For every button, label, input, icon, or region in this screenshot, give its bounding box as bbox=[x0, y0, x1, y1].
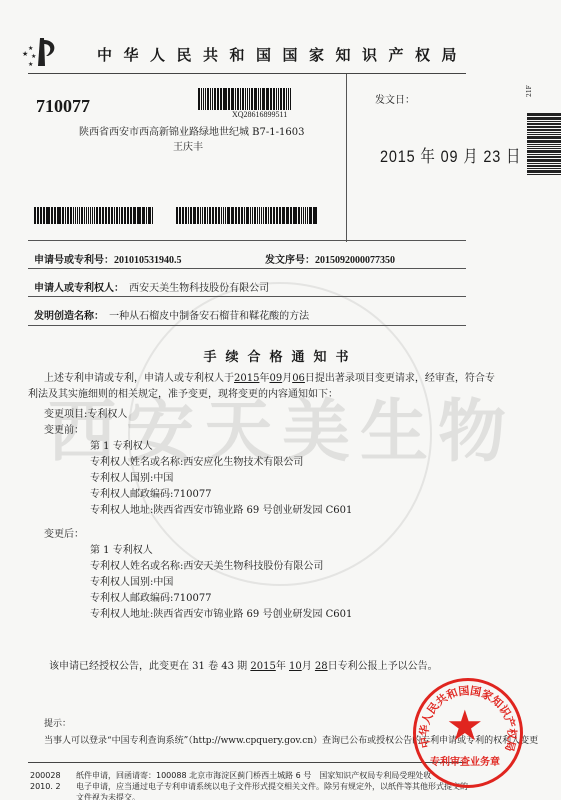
before-postcode: 专利权人邮政编码:710077 bbox=[90, 485, 212, 500]
form-codes: 200028 2010. 2 bbox=[30, 770, 61, 792]
applicant-field: 申请人或专利权人： 西安天美生物科技股份有限公司 bbox=[34, 276, 269, 295]
footer-divider bbox=[28, 762, 466, 763]
announcement: 该申请已经授权公告，此变更在 31 卷 43 期 2015年 10月 28日专利… bbox=[49, 657, 438, 672]
announce-year-unit: 年 bbox=[276, 661, 286, 672]
before-label: 变更前： bbox=[44, 421, 84, 436]
before-country: 专利权人国别:中国 bbox=[90, 469, 173, 484]
announce-prefix: 该申请已经授权公告，此变更在 31 卷 43 期 bbox=[49, 661, 247, 672]
header-vertical-divider bbox=[346, 74, 347, 242]
announce-day: 28 bbox=[315, 661, 328, 672]
change-item: 变更项目:专利权人 bbox=[44, 405, 127, 420]
footer-line: 文件视为未提交。 bbox=[76, 792, 476, 800]
after-name: 专利权人姓名或名称:西安天美生物科技股份有限公司 bbox=[90, 557, 323, 572]
before-address: 专利权人地址:陕西省西安市锦业路 69 号创业研发园 C601 bbox=[90, 501, 352, 516]
request-year: 2015 bbox=[234, 373, 259, 384]
invention-field: 发明创造名称： 一种从石榴皮中制备安石榴苷和鞣花酸的方法 bbox=[34, 304, 309, 323]
serial-number-label: 发文序号： bbox=[265, 255, 315, 266]
send-date-value: 2015 年 09 月 23 日 bbox=[380, 142, 521, 167]
applicant-label: 申请人或专利权人： bbox=[34, 283, 124, 294]
announce-month-unit: 月 bbox=[302, 661, 312, 672]
fields-divider-2 bbox=[28, 296, 466, 297]
applicant-value: 西安天美生物科技股份有限公司 bbox=[129, 283, 269, 294]
invention-value: 一种从石榴皮中制备安石榴苷和鞣花酸的方法 bbox=[109, 311, 309, 322]
mailing-address: 陕西省西安市西高新锦业路绿地世纪城 B7-1-1603 bbox=[79, 123, 304, 138]
svg-text:★: ★ bbox=[28, 45, 33, 52]
serial-number-field: 发文序号：2015092000077350 bbox=[265, 248, 395, 267]
svg-text:★: ★ bbox=[28, 61, 33, 68]
seal-bottom-text: 专利审查业务章 bbox=[430, 753, 500, 768]
official-seal: 中华人民共和国国家知识产权局 ★ 专利审查业务章 bbox=[413, 678, 523, 788]
cnipa-logo-icon: ★ ★ ★ ★ bbox=[20, 36, 60, 68]
fields-divider-3 bbox=[28, 325, 466, 326]
notice-title: 手续合格通知书 bbox=[0, 346, 561, 365]
month-unit: 月 bbox=[282, 373, 292, 384]
day-unit: 日 bbox=[305, 373, 315, 384]
side-barcode bbox=[527, 113, 561, 178]
after-label: 变更后： bbox=[44, 525, 84, 540]
hint-label: 提示： bbox=[44, 716, 71, 729]
barcode-text: XQ28616899511 bbox=[232, 110, 287, 119]
para-prefix: 上述专利申请或专利，申请人或专利权人于 bbox=[44, 373, 234, 384]
invention-label: 发明创造名称： bbox=[34, 311, 104, 322]
notice-paragraph-line2: 利法及其实施细则的相关规定，准予变更，现将变更的内容通知如下： bbox=[28, 387, 338, 403]
after-ordinal: 第 1 专利权人 bbox=[90, 541, 153, 556]
send-date-label: 发文日： bbox=[375, 91, 415, 106]
application-number-value: 201010531940.5 bbox=[114, 255, 182, 266]
mailing-barcode bbox=[198, 88, 292, 110]
after-country: 专利权人国别:中国 bbox=[90, 573, 173, 588]
before-name: 专利权人姓名或名称:西安应化生物技术有限公司 bbox=[90, 453, 303, 468]
document-barcode-left bbox=[34, 207, 154, 224]
fields-divider-1 bbox=[28, 268, 466, 269]
after-address: 专利权人地址:陕西省西安市锦业路 69 号创业研发园 C601 bbox=[90, 605, 352, 620]
application-number-label: 申请号或专利号： bbox=[34, 255, 114, 266]
announce-suffix: 日专利公报上予以公告。 bbox=[328, 661, 438, 672]
recipient-name: 王庆丰 bbox=[173, 138, 203, 153]
after-postcode: 专利权人邮政编码:710077 bbox=[90, 589, 212, 604]
request-day: 06 bbox=[292, 373, 305, 384]
announce-year: 2015 bbox=[250, 661, 275, 672]
fields-divider-top bbox=[28, 240, 466, 241]
request-month: 09 bbox=[269, 373, 282, 384]
svg-text:★: ★ bbox=[31, 53, 36, 60]
header-divider bbox=[28, 73, 466, 74]
form-version: 2010. 2 bbox=[30, 781, 61, 792]
notice-paragraph: 上述专利申请或专利，申请人或专利权人于2015年09月06日提出著录项目变更请求… bbox=[44, 371, 514, 387]
star-icon: ★ bbox=[446, 705, 484, 747]
organization-name: 中华人民共和国国家知识产权局 bbox=[97, 44, 468, 65]
year-unit: 年 bbox=[259, 373, 269, 384]
announce-month: 10 bbox=[289, 661, 302, 672]
document-barcode-right bbox=[176, 207, 318, 224]
form-code: 200028 bbox=[30, 770, 61, 781]
before-ordinal: 第 1 专利权人 bbox=[90, 437, 153, 452]
mailing-postcode: 710077 bbox=[36, 96, 90, 117]
para-suffix: 提出著录项目变更请求，经审查，符合专 bbox=[315, 373, 495, 384]
side-code: 21F bbox=[526, 85, 533, 97]
application-number-field: 申请号或专利号：201010531940.5 bbox=[34, 248, 182, 267]
serial-number-value: 2015092000077350 bbox=[315, 255, 395, 266]
